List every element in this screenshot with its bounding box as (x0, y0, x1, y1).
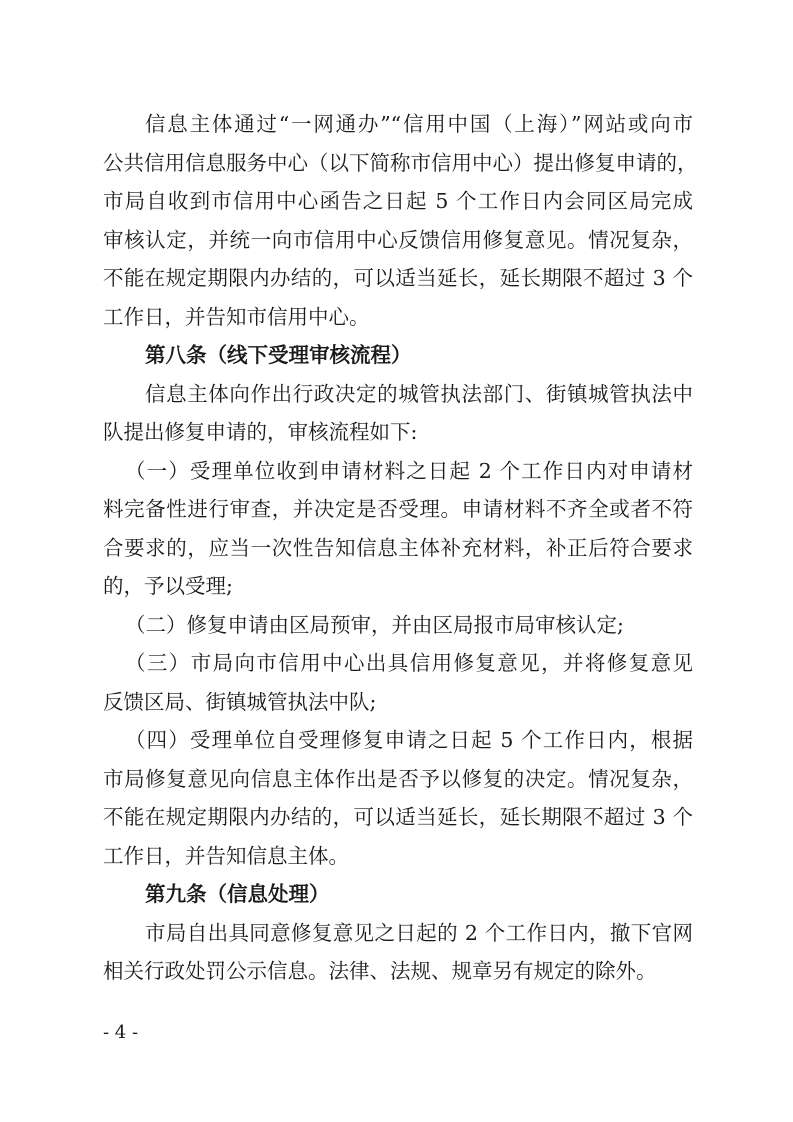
list-item-4: （四）受理单位自受理修复申请之日起 5 个工作日内，根据 (125, 721, 693, 759)
paragraph-line: 队提出修复申请的，审核流程如下: (103, 413, 693, 451)
paragraph-line: 工作日，并告知市信用中心。 (103, 298, 693, 336)
paragraph-line: 不能在规定期限内办结的，可以适当延长，延长期限不超过 3 个 (103, 798, 693, 836)
paragraph-line: 信息主体向作出行政决定的城管执法部门、街镇城管执法中 (145, 375, 693, 413)
page-number: - 4 - (103, 1021, 138, 1045)
paragraph-line: 不能在规定期限内办结的，可以适当延长，延长期限不超过 3 个 (103, 259, 693, 297)
paragraph-line: 相关行政处罚公示信息。法律、法规、规章另有规定的除外。 (103, 952, 693, 990)
paragraph-line: 公共信用信息服务中心（以下简称市信用中心）提出修复申请的， (103, 144, 693, 182)
section-heading-article-8: 第八条（线下受理审核流程） (145, 336, 693, 374)
list-item-1: （一）受理单位收到申请材料之日起 2 个工作日内对申请材 (125, 452, 693, 490)
list-item-2: （二）修复申请由区局预审，并由区局报市局审核认定; (125, 606, 693, 644)
paragraph-line: 审核认定，并统一向市信用中心反馈信用修复意见。情况复杂， (103, 221, 693, 259)
paragraph-line: 合要求的，应当一次性告知信息主体补充材料，补正后符合要求 (103, 529, 693, 567)
paragraph-line: 反馈区局、街镇城管执法中队; (103, 683, 693, 721)
paragraph-line: 料完备性进行审查，并决定是否受理。申请材料不齐全或者不符 (103, 490, 693, 528)
paragraph-line: 信息主体通过“一网通办”“信用中国（上海）”网站或向市 (145, 105, 693, 143)
paragraph-line: 工作日，并告知信息主体。 (103, 837, 693, 875)
paragraph-line: 市局自出具同意修复意见之日起的 2 个工作日内，撤下官网 (145, 914, 693, 952)
section-heading-article-9: 第九条（信息处理） (145, 875, 693, 913)
list-item-3: （三）市局向市信用中心出具信用修复意见，并将修复意见 (125, 644, 693, 682)
paragraph-line: 的，予以受理; (103, 567, 693, 605)
paragraph-line: 市局修复意见向信息主体作出是否予以修复的决定。情况复杂， (103, 760, 693, 798)
paragraph-line: 市局自收到市信用中心函告之日起 5 个工作日内会同区局完成 (103, 182, 693, 220)
document-page: 信息主体通过“一网通办”“信用中国（上海）”网站或向市 公共信用信息服务中心（以… (0, 0, 793, 1122)
